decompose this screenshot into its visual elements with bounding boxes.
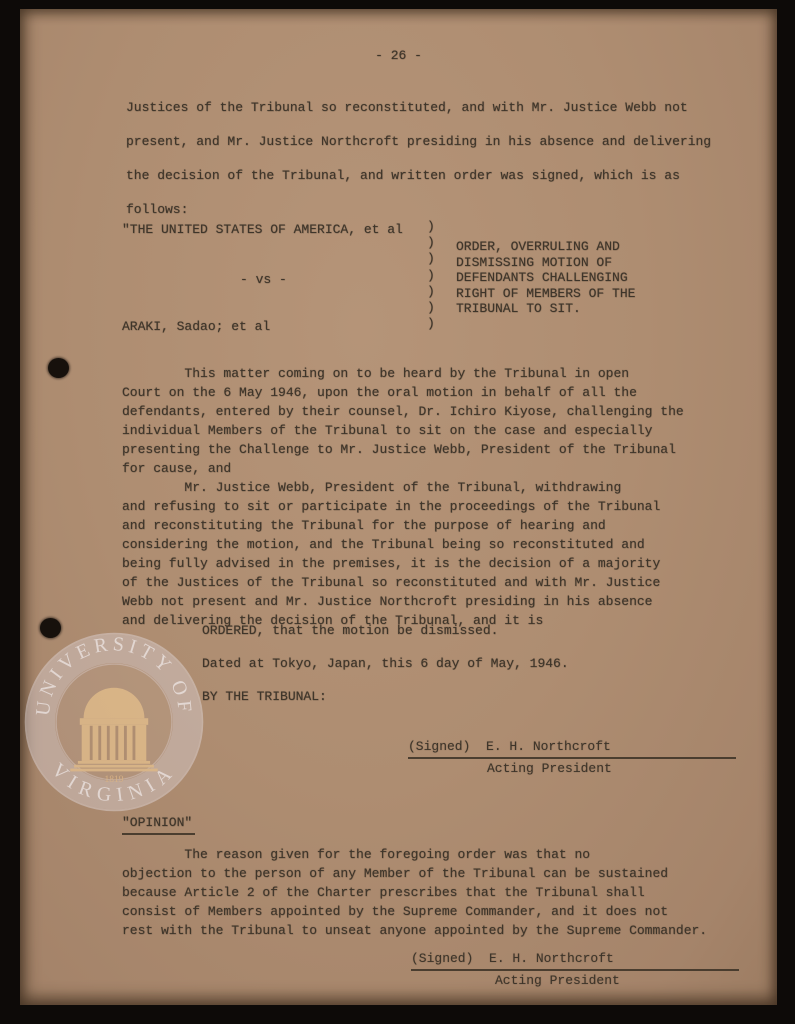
ordered-line: ORDERED, that the motion be dismissed. xyxy=(202,621,498,640)
caption-brackets: ) ) ) ) ) ) ) xyxy=(427,219,435,332)
watermark-year: 1819 xyxy=(105,775,124,785)
signature-title: Acting President xyxy=(495,972,739,989)
uva-watermark-seal: UNIVERSITY OF VIRGINIA 1819 xyxy=(19,627,209,817)
caption-plaintiff: "THE UNITED STATES OF AMERICA, et al xyxy=(122,220,403,239)
caption-versus: - vs - xyxy=(240,270,287,289)
by-the-tribunal-line: BY THE TRIBUNAL: xyxy=(202,687,327,706)
signature-line: (Signed) E. H. Northcroft xyxy=(408,738,736,759)
signature-line: (Signed) E. H. Northcroft xyxy=(411,950,739,971)
intro-paragraph: Justices of the Tribunal so reconstitute… xyxy=(126,91,711,227)
hole-punch-bottom xyxy=(40,618,61,638)
order-paragraph-1: This matter coming on to be heard by the… xyxy=(122,364,684,478)
signature-title: Acting President xyxy=(487,760,736,777)
opinion-heading: "OPINION" xyxy=(122,813,195,835)
caption-defendant: ARAKI, Sadao; et al xyxy=(122,317,270,336)
signature-block-top: (Signed) E. H. Northcroft Acting Preside… xyxy=(408,738,736,777)
dated-line: Dated at Tokyo, Japan, this 6 day of May… xyxy=(202,654,569,673)
order-paragraph-2: Mr. Justice Webb, President of the Tribu… xyxy=(122,478,660,630)
scan-background: UNIVERSITY OF VIRGINIA 1819 - 26 - Justi… xyxy=(0,0,795,1024)
page-number: - 26 - xyxy=(20,46,777,65)
opinion-paragraph: The reason given for the foregoing order… xyxy=(122,845,707,940)
caption-order-title: ORDER, OVERRULING AND DISMISSING MOTION … xyxy=(456,239,635,317)
hole-punch-top xyxy=(48,358,69,378)
signature-block-bottom: (Signed) E. H. Northcroft Acting Preside… xyxy=(411,950,739,989)
